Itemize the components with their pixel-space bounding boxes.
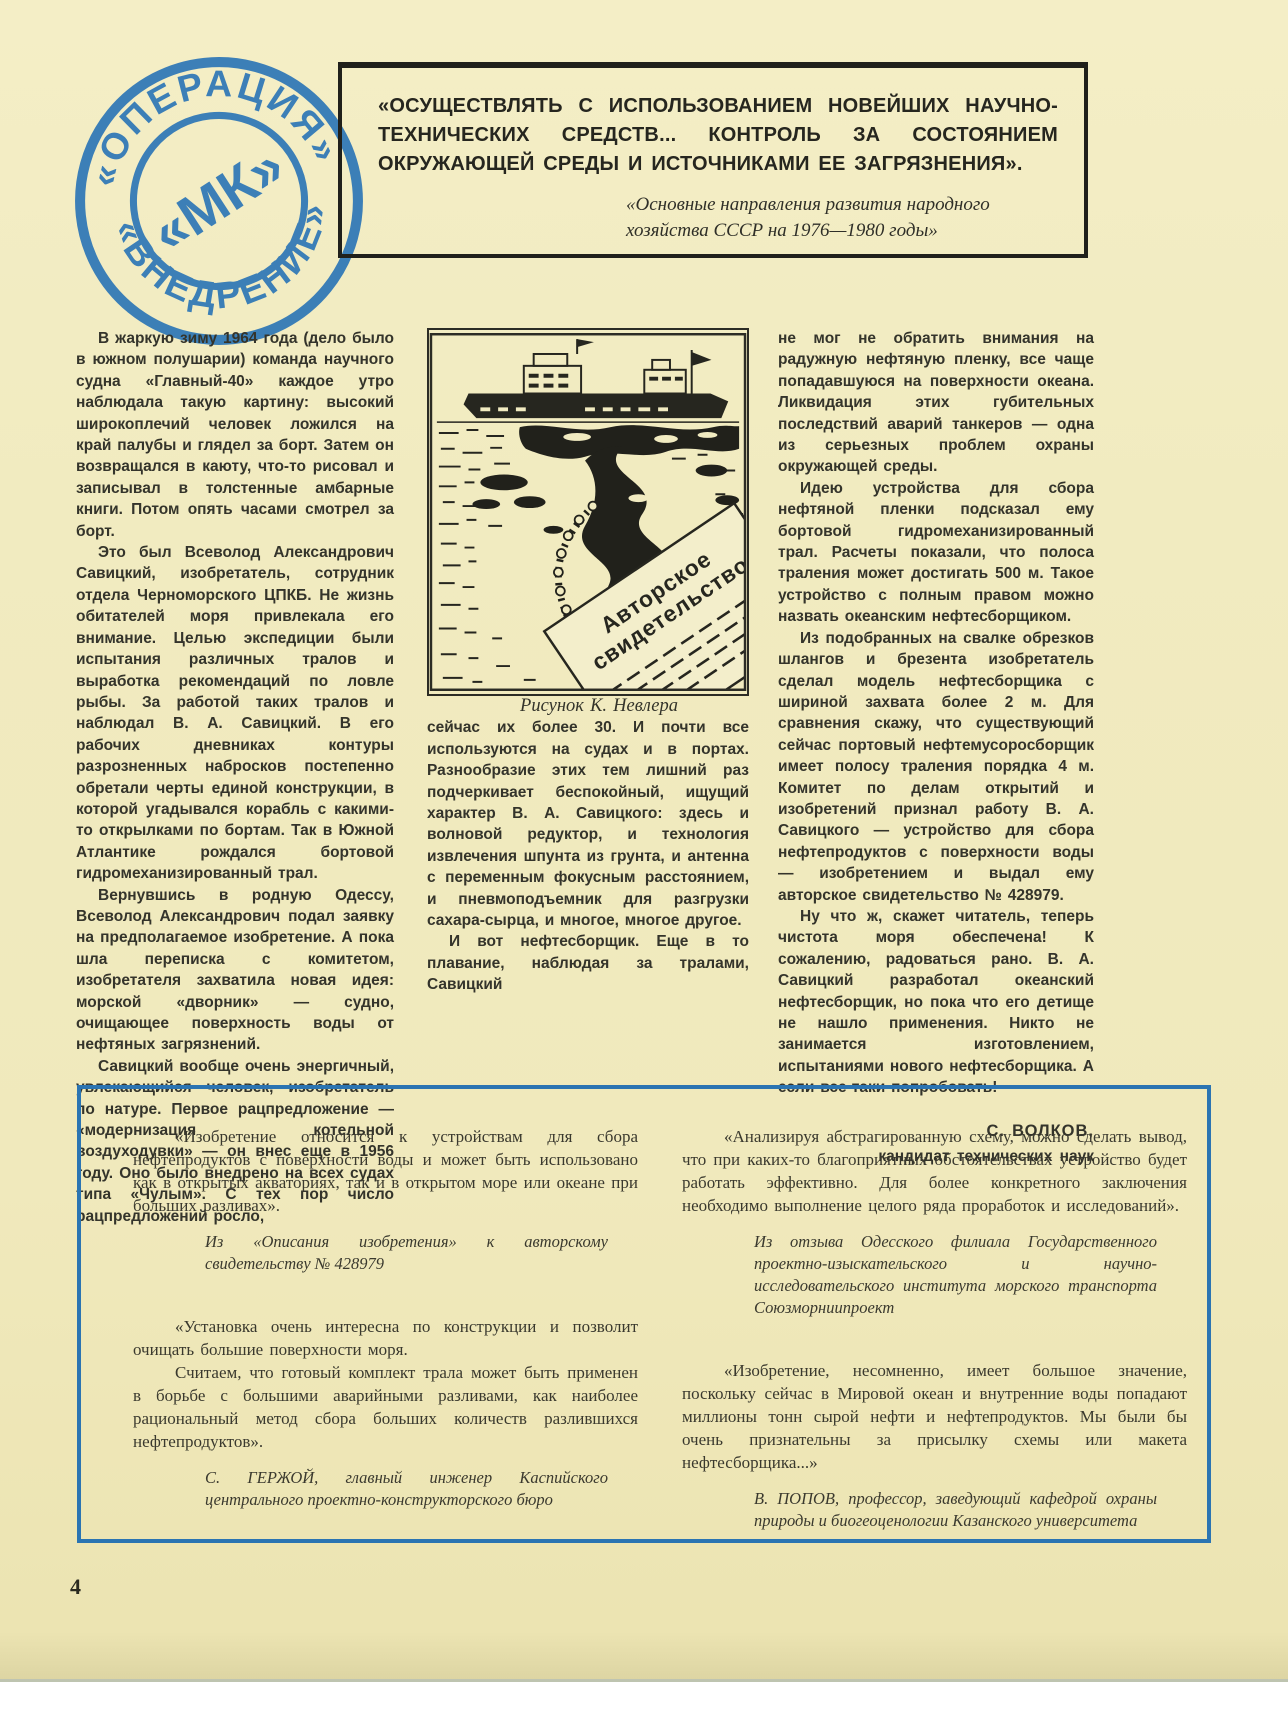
reviews-right-column: «Анализируя абстрагированную схему, можн… — [682, 1125, 1187, 1532]
quote-source: Из отзыва Одесского филиала Государствен… — [754, 1231, 1157, 1319]
reviews-left-column: «Изобретение относится к устройствам для… — [133, 1125, 638, 1532]
reviews-grid: «Изобретение относится к устройствам для… — [81, 1089, 1207, 1532]
reviews-quote-box: «Изобретение относится к устройствам для… — [77, 1085, 1211, 1543]
quote-invention-description: «Изобретение относится к устройствам для… — [133, 1125, 638, 1275]
operation-vnedrenie-stamp: «ОПЕРАЦИЯ» «ВНЕДРЕНИЕ» «МК» — [53, 35, 385, 367]
article-column-2: Авторское свидетельство Рисунок К. Невле… — [427, 328, 749, 996]
header-quote-box: «ОСУЩЕСТВЛЯТЬ С ИСПОЛЬЗОВАНИЕМ НОВЕЙШИХ … — [338, 62, 1088, 258]
quote-source: В. ПОПОВ, профессор, заведующий кафедрой… — [754, 1488, 1157, 1532]
quote-text: «Изобретение, несомненно, имеет большое … — [682, 1359, 1187, 1474]
quote-text: «Установка очень интересна по конструкци… — [133, 1315, 638, 1361]
stamp-center-text: «МК» — [140, 133, 295, 264]
directive-source-line2: хозяйства СССР на 1976—1980 годы» — [626, 218, 1078, 244]
quote-source: Из «Описания изобретения» к авторскому с… — [205, 1231, 608, 1275]
paragraph: Это был Всеволод Александрович Савицкий,… — [76, 542, 394, 885]
ship-oil-slick-drawing: Авторское свидетельство — [429, 330, 747, 694]
illustration-caption: Рисунок К. Невлера — [427, 696, 749, 717]
oil-collector-illustration: Авторское свидетельство — [427, 328, 749, 696]
paragraph: В жаркую зиму 1964 года (дело было в южн… — [76, 328, 394, 542]
quote-soyuzmorniiproekt: «Анализируя абстрагированную схему, можн… — [682, 1125, 1187, 1319]
quote-source: С. ГЕРЖОЙ, главный инженер Каспийского ц… — [205, 1467, 608, 1511]
quote-gerzhoy: «Установка очень интересна по конструкци… — [133, 1315, 638, 1511]
page-number: 4 — [70, 1574, 81, 1600]
paragraph: Ну что ж, скажет читатель, теперь чистот… — [778, 906, 1094, 1099]
paragraph: сейчас их более 30. И почти все использу… — [427, 717, 749, 931]
paragraph: Вернувшись в родную Одессу, Всеволод Але… — [76, 885, 394, 1056]
paragraph: Идею устройства для сбора нефтяной пленк… — [778, 478, 1094, 628]
tanker-ship — [464, 339, 729, 418]
directive-source-line1: «Основные направления развития народного — [626, 192, 1078, 218]
quote-text: «Анализируя абстрагированную схему, можн… — [682, 1125, 1187, 1217]
paragraph: И вот нефтесборщик. Еще в то плавание, н… — [427, 931, 749, 995]
magazine-page: «ОПЕРАЦИЯ» «ВНЕДРЕНИЕ» «МК» «ОСУЩЕСТВЛЯТ… — [0, 0, 1288, 1682]
paragraph: не мог не обратить внимания на радужную … — [778, 328, 1094, 478]
quote-popov: «Изобретение, несомненно, имеет большое … — [682, 1359, 1187, 1532]
page-bottom-edge — [0, 1679, 1288, 1682]
paragraph: Из подобранных на свалке обрезков шланго… — [778, 628, 1094, 906]
article-column-3: не мог не обратить внимания на радужную … — [778, 328, 1094, 1167]
directive-source: «Основные направления развития народного… — [626, 192, 1078, 244]
quote-text: Считаем, что готовый комплект трала може… — [133, 1361, 638, 1453]
directive-quote: «ОСУЩЕСТВЛЯТЬ С ИСПОЛЬЗОВАНИЕМ НОВЕЙШИХ … — [378, 92, 1058, 179]
stamp-graphic: «ОПЕРАЦИЯ» «ВНЕДРЕНИЕ» «МК» — [53, 35, 385, 367]
quote-text: «Изобретение относится к устройствам для… — [133, 1125, 638, 1217]
